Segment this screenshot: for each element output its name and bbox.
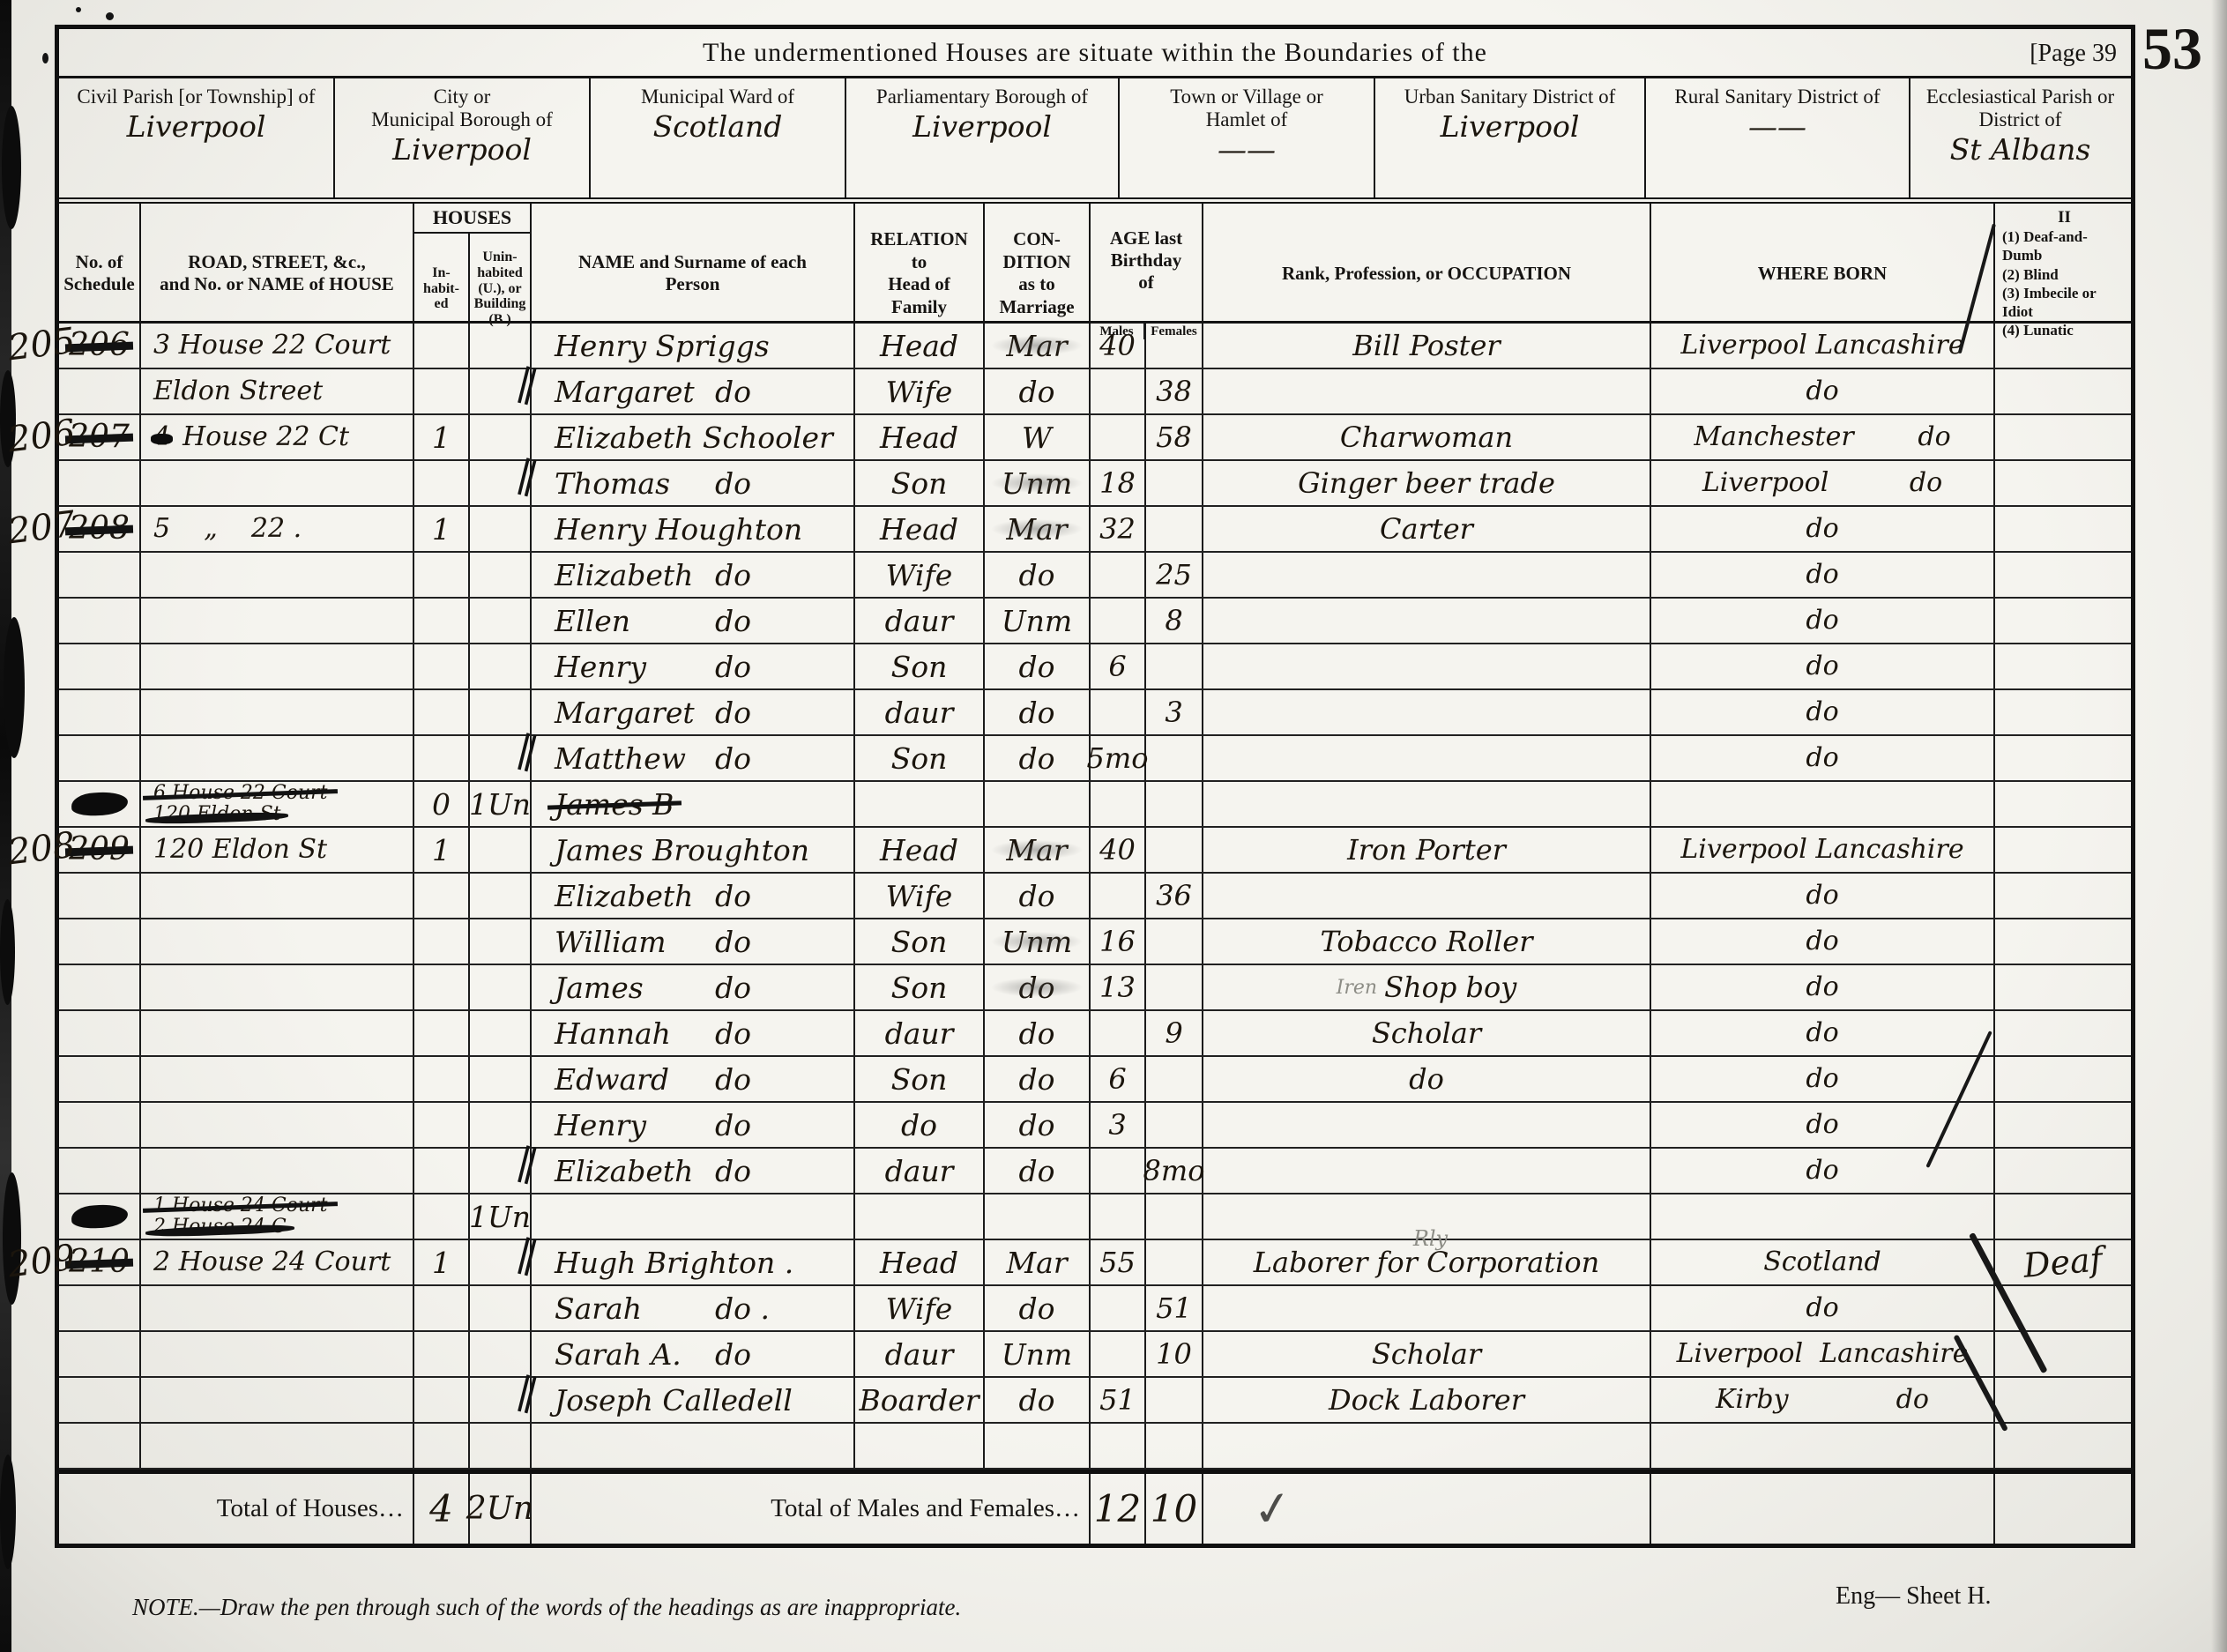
relation-value: Head [880,515,958,544]
person-name: Elizabeth Schooler [555,423,833,452]
header-born: WHERE BORN [1651,204,1995,344]
cell-condition: do [985,1149,1091,1193]
cell-infirmity [1995,736,2130,780]
table-row: JamesdoSondo13IrenShop boydo [59,965,2131,1011]
total-females-cell: 10 [1146,1474,1203,1544]
cell-relation: Son [855,965,985,1009]
table-row: Hannahdodaurdo9Scholardo [59,1011,2131,1057]
road-number-struck: 4 [153,424,170,450]
cell-name: Ellendo [532,599,855,643]
age-male-value: 3 [1108,1111,1126,1139]
pencil-smudge [991,978,1083,997]
cell-road [141,1103,414,1147]
condition-value: do [1019,698,1055,727]
cell-road: 6 House 22 Court120 Eldon St [141,782,414,826]
cell-where-born: do [1651,1286,1995,1330]
cell-where-born: do [1651,507,1995,551]
cell-name: Margaretdo [532,690,855,734]
cell-schedule [59,919,141,964]
cell-where-born: do [1651,1149,1995,1193]
boundary-value: —— [1120,135,1374,164]
cell-age-female: 58 [1146,415,1203,459]
age-male-value: 55 [1099,1248,1136,1276]
table-row: 208209120 Eldon St1James BroughtonHeadMa… [59,828,2131,874]
boundary-cell: Ecclesiastical Parish or District ofSt A… [1910,78,2130,197]
cell-inhabited [414,1332,470,1376]
cell-road [141,919,414,964]
ink-blob [71,1203,128,1229]
total-males-value: 12 [1094,1491,1141,1528]
person-name: William [555,927,667,956]
cell-age-female: 9 [1146,1011,1203,1055]
cell-road: 4House 22 Ct [141,415,414,459]
person-name: Henry Spriggs [555,331,770,361]
cell-relation: Head [855,324,985,368]
relation-value: Wife [886,1294,953,1323]
table-row: 1 House 24 Court2 House 24 C1Un [59,1194,2131,1240]
cell-inhabited [414,553,470,597]
person-name-ditto: do [715,469,751,498]
total-persons-label: Total of Males and Females… [771,1494,1080,1523]
relation-value: daur [885,698,954,727]
relation-value: Son [891,744,948,773]
pencil-note: Iren [1337,977,1377,999]
header-houses-title: HOUSES [414,204,530,234]
cell-schedule: 208209 [59,828,141,872]
boundary-cell: Civil Parish [or Township] ofLiverpool [59,78,335,197]
cell-age-female [1146,782,1203,826]
cell-uninhabited [470,1424,532,1468]
pencil-smudge [991,473,1083,493]
cell-condition: Mar [985,828,1091,872]
table-row: ElizabethdoWifedo36do [59,874,2131,919]
cell-age-male: 5mo [1091,736,1146,780]
occupation-value: Laborer for Corporation [1254,1248,1600,1276]
born-value: Manchester [1694,424,1853,450]
cell-age-female [1146,1378,1203,1422]
cell-relation: Son [855,736,985,780]
total-inhabited-value: 4 [429,1491,453,1528]
age-male-value: 32 [1099,515,1136,543]
born-value: do [1806,882,1838,909]
paper-speck [76,7,81,12]
cell-inhabited [414,736,470,780]
born-value: do [1806,1066,1838,1092]
cell-occupation [1203,553,1651,597]
cell-condition: do [985,874,1091,918]
condition-value: do [1019,882,1055,911]
cell-schedule [59,553,141,597]
cell-name: Elizabeth Schooler [532,415,855,459]
table-row: ElizabethdoWifedo25do [59,553,2131,599]
schedule-margin-number: 206 [6,414,78,458]
cell-occupation: Scholar [1203,1011,1651,1055]
total-houses-cell: Total of Houses… [59,1474,414,1544]
cell-where-born: Liverpool Lancashire [1651,828,1995,872]
cell-where-born: do [1651,644,1995,688]
age-female-value: 38 [1156,377,1192,406]
cell-name: ∥Thomasdo [532,461,855,505]
cell-road: 2 House 24 Court [141,1240,414,1284]
cell-age-male: 16 [1091,919,1146,964]
cell-inhabited [414,1378,470,1422]
relation-value: do [901,1111,937,1140]
boundary-header-row: Civil Parish [or Township] ofLiverpoolCi… [59,78,2131,204]
table-row [59,1424,2131,1470]
person-name: Matthew [555,744,686,773]
cell-infirmity [1995,1424,2130,1468]
boundary-value: Scotland [591,112,845,141]
cell-condition [985,1194,1091,1239]
cell-condition: Unm [985,1332,1091,1376]
cell-condition: do [985,644,1091,688]
cell-age-female: 3 [1146,690,1203,734]
infirmity-value: Deaf [2022,1242,2104,1283]
cell-relation: Boarder [855,1378,985,1422]
relation-value: Wife [886,882,953,911]
boundary-label: Civil Parish [or Township] of [59,86,333,108]
schedule-number-struck: 206 [69,330,130,361]
cell-condition: W [985,415,1091,459]
cell-schedule [59,1057,141,1101]
cell-name: Henry Spriggs [532,324,855,368]
born-value: Liverpool Lancashire [1680,332,1963,359]
schedule-number-struck: 207 [69,421,130,453]
ink-blot [4,617,25,758]
person-name-ditto: do [715,561,751,590]
age-female-value: 8mo [1143,1157,1205,1185]
cell-uninhabited [470,690,532,734]
cell-infirmity [1995,1103,2130,1147]
age-female-value: 9 [1165,1019,1182,1047]
age-male-value: 40 [1099,836,1136,864]
cell-where-born: do [1651,874,1995,918]
cell-age-male [1091,369,1146,413]
cell-schedule [59,1011,141,1055]
relation-value: Son [891,973,948,1002]
cell-age-male: 51 [1091,1378,1146,1422]
cell-where-born: do [1651,690,1995,734]
person-name-ditto: do [715,377,751,406]
person-name: Elizabeth [555,561,693,590]
occupation-value: Carter [1380,515,1473,543]
relation-value: Wife [886,377,953,406]
cell-condition: do [985,965,1091,1009]
person-name-ditto: do [715,1065,751,1094]
condition-value: Unm [1002,606,1072,636]
cell-name: ∥Elizabethdo [532,1149,855,1193]
cell-relation: daur [855,690,985,734]
table-row: Eldon Street∥MargaretdoWifedo38do [59,369,2131,415]
page-number-stamp: [Page 39 [2030,40,2117,68]
born-value: do [1806,745,1838,771]
cell-infirmity [1995,919,2130,964]
cell-age-female [1146,919,1203,964]
cell-inhabited [414,1286,470,1330]
boundary-label: Urban Sanitary District of [1375,86,1644,108]
cell-schedule [59,644,141,688]
born-value: do [1910,470,1942,496]
cell-age-male [1091,1332,1146,1376]
person-name: Henry Houghton [555,515,802,544]
person-name: James B [555,790,674,819]
cell-infirmity [1995,644,2130,688]
cell-inhabited [414,324,470,368]
cell-schedule [59,1149,141,1193]
cell-uninhabited [470,1057,532,1101]
person-name-ditto: do . [715,1294,770,1323]
cell-age-male [1091,1286,1146,1330]
relation-value: Head [880,836,958,865]
cell-relation: Wife [855,1286,985,1330]
cell-infirmity [1995,1057,2130,1101]
cell-occupation [1203,874,1651,918]
cell-infirmity [1995,1194,2130,1239]
cell-where-born: do [1651,919,1995,964]
relation-value: daur [885,1157,954,1186]
header-condition: CON- DITION as to Marriage [985,204,1091,344]
occupation-value: Iron Porter [1347,836,1506,864]
condition-value: do [1019,1294,1055,1323]
table-row: 2072085 „ 22 .1Henry HoughtonHeadMar32Ca… [59,507,2131,553]
cell-uninhabited [470,644,532,688]
cell-occupation: do [1203,1057,1651,1101]
age-male-value: 51 [1099,1386,1136,1414]
cell-schedule [59,1103,141,1147]
cell-age-male: 13 [1091,965,1146,1009]
total-empty-cell [1651,1474,1995,1544]
cell-where-born: Scotland [1651,1240,1995,1284]
age-female-value: 36 [1156,882,1192,910]
age-male-value: 6 [1108,1065,1126,1093]
cell-road [141,1011,414,1055]
cell-occupation: Tobacco Roller [1203,919,1651,964]
inhabited-count: 1 [432,1248,451,1277]
cell-relation: daur [855,1149,985,1193]
cell-relation [855,1424,985,1468]
cell-infirmity [1995,690,2130,734]
road-text-struck: 120 Eldon St [153,805,280,824]
cell-age-male [1091,1194,1146,1239]
schedule-margin-number: 205 [6,323,78,366]
cell-age-male [1091,599,1146,643]
occupation-value: Charwoman [1340,423,1513,451]
road-text: 120 Eldon St [153,837,327,863]
cell-age-male: 32 [1091,507,1146,551]
cell-infirmity [1995,369,2130,413]
cell-uninhabited [470,828,532,872]
cell-road [141,1378,414,1422]
cell-age-female [1146,507,1203,551]
cell-schedule: 206207 [59,415,141,459]
person-name: Elizabeth [555,1157,693,1186]
header-infirmity: II (1) Deaf-and-Dumb (2) Blind (3) Imbec… [1995,204,2130,344]
cell-age-male [1091,415,1146,459]
road-text: 3 House 22 Court [153,332,391,359]
occupation-value: do [1409,1065,1444,1093]
cell-uninhabited [470,324,532,368]
born-value: do [1806,607,1838,634]
born-value: do [1806,1112,1838,1138]
inhabited-count: 1 [432,515,451,544]
person-name: Sarah [555,1294,642,1323]
boundary-label: Municipal Ward of [591,86,845,108]
person-name-ditto: do [715,882,751,911]
condition-value: do [1019,744,1055,773]
relation-value: Son [891,927,948,956]
cell-inhabited: 0 [414,782,470,826]
cell-age-female [1146,1240,1203,1284]
ink-blot [0,1455,16,1569]
cell-age-female [1146,1103,1203,1147]
age-male-value: 6 [1108,652,1126,681]
cell-occupation: Bill Poster [1203,324,1651,368]
person-name-ditto: do [715,927,751,956]
cell-uninhabited [470,1332,532,1376]
total-uninhabited-value: 2Un [466,1493,533,1525]
boundary-cell: Municipal Ward ofScotland [591,78,846,197]
cell-inhabited [414,1194,470,1239]
cell-condition: do [985,736,1091,780]
cell-name: Edwarddo [532,1057,855,1101]
cell-schedule [59,1194,141,1239]
road-text: 2 House 24 Court [153,1249,391,1276]
relation-value: Boarder [860,1386,979,1415]
total-houses-label: Total of Houses… [217,1494,404,1523]
cell-where-born: do [1651,1103,1995,1147]
age-female-value: 51 [1156,1294,1192,1322]
table-row: Sarahdo .Wifedo51do [59,1286,2131,1332]
pencil-smudge [991,519,1083,539]
cell-condition: do [985,1011,1091,1055]
cell-age-male [1091,553,1146,597]
header-houses: HOUSES In- habit- ed Unin- habited (U.),… [414,204,532,344]
cell-condition [985,782,1091,826]
cell-name: ∥Joseph Calledell [532,1378,855,1422]
born-value: do [1918,424,1950,450]
cell-relation [855,1194,985,1239]
person-name: Elizabeth [555,882,693,911]
occupation-value: Shop boy [1384,973,1516,1001]
cell-uninhabited [470,1011,532,1055]
condition-value: Mar [1006,1248,1067,1277]
cell-road [141,690,414,734]
cell-road: 1 House 24 Court2 House 24 C [141,1194,414,1239]
cell-uninhabited [470,507,532,551]
cell-relation: Wife [855,553,985,597]
age-male-value: 16 [1099,927,1136,956]
person-name: Margaret [555,698,695,727]
cell-occupation: Dock Laborer [1203,1378,1651,1422]
born-value: do [1806,699,1838,726]
cell-inhabited [414,690,470,734]
cell-occupation [1203,369,1651,413]
cell-age-female [1146,324,1203,368]
pencil-smudge [991,932,1083,951]
table-row: ∥MatthewdoSondo5modo [59,736,2131,782]
boundary-value: St Albans [1910,135,2130,164]
person-name: Henry [555,652,646,681]
cell-road [141,599,414,643]
person-name: Henry [555,1111,646,1140]
cell-occupation [1203,644,1651,688]
cell-road: 120 Eldon St [141,828,414,872]
cell-occupation: Iron Porter [1203,828,1651,872]
cell-uninhabited: 1Un [470,782,532,826]
born-value: do [1806,1157,1838,1184]
cell-road [141,1057,414,1101]
condition-value: do [1019,1386,1055,1415]
relation-value: Son [891,652,948,681]
cell-road: 3 House 22 Court [141,324,414,368]
cell-occupation [1203,736,1651,780]
table-row: ∥Elizabethdodaurdo8modo [59,1149,2131,1194]
header-age: AGE last Birthday of Males Females [1091,204,1203,344]
cell-age-female: 36 [1146,874,1203,918]
born-value: do [1806,378,1838,405]
uninhabited-count: 1Un [469,790,531,819]
cell-inhabited [414,644,470,688]
condition-value: do [1019,1111,1055,1140]
cell-name: ∥Margaretdo [532,369,855,413]
cell-age-female: 25 [1146,553,1203,597]
footer-note: NOTE.—Draw the pen through such of the w… [132,1594,961,1621]
cell-age-male [1091,1424,1146,1468]
cell-road [141,644,414,688]
cell-age-female: 38 [1146,369,1203,413]
born-value: do [1806,1020,1838,1046]
cell-name: ∥Hugh Brighton . [532,1240,855,1284]
boundary-cell: Rural Sanitary District of—— [1646,78,1910,197]
inhabited-count: 1 [432,836,451,865]
cell-occupation: Scholar [1203,1332,1651,1376]
cell-schedule [59,1424,141,1468]
cell-condition: Unm [985,599,1091,643]
inhabited-count: 0 [432,790,451,819]
cell-occupation [1203,1149,1651,1193]
cell-where-born [1651,1424,1995,1468]
age-male-value: 13 [1099,973,1136,1001]
cell-age-male: 40 [1091,324,1146,368]
header-infirmity-code: II [2002,207,2126,227]
table-row: 2062074House 22 Ct1Elizabeth SchoolerHea… [59,415,2131,461]
person-name-ditto: do [715,606,751,636]
cell-where-born: do [1651,1011,1995,1055]
ink-blot [2,106,21,229]
cell-relation: Son [855,919,985,964]
road-text-struck: 1 House 24 Court [153,1196,327,1216]
cell-condition: Mar [985,507,1091,551]
cell-inhabited [414,874,470,918]
born-value: Liverpool Lancashire [1680,837,1963,863]
born-value: do [1806,1295,1838,1321]
occupation-value: Bill Poster [1352,331,1500,360]
age-male-value: 40 [1099,331,1136,360]
cell-infirmity [1995,782,2130,826]
cell-road [141,553,414,597]
relation-value: Head [880,423,958,452]
road-text: Eldon Street [153,378,323,405]
boundary-label: Town or Village or Hamlet of [1120,86,1374,131]
schedule-margin-number: 207 [6,506,78,549]
table-row: Sarah A.dodaurUnm10ScholarLiverpool Lanc… [59,1332,2131,1378]
road-text-struck: 2 House 24 C [153,1217,287,1237]
table-row: ∥Joseph CalledellBoarderdo51Dock Laborer… [59,1378,2131,1424]
cell-road [141,874,414,918]
header-occupation: Rank, Profession, or OCCUPATION [1203,204,1651,344]
cell-relation: do [855,1103,985,1147]
born-value: do [1806,653,1838,680]
